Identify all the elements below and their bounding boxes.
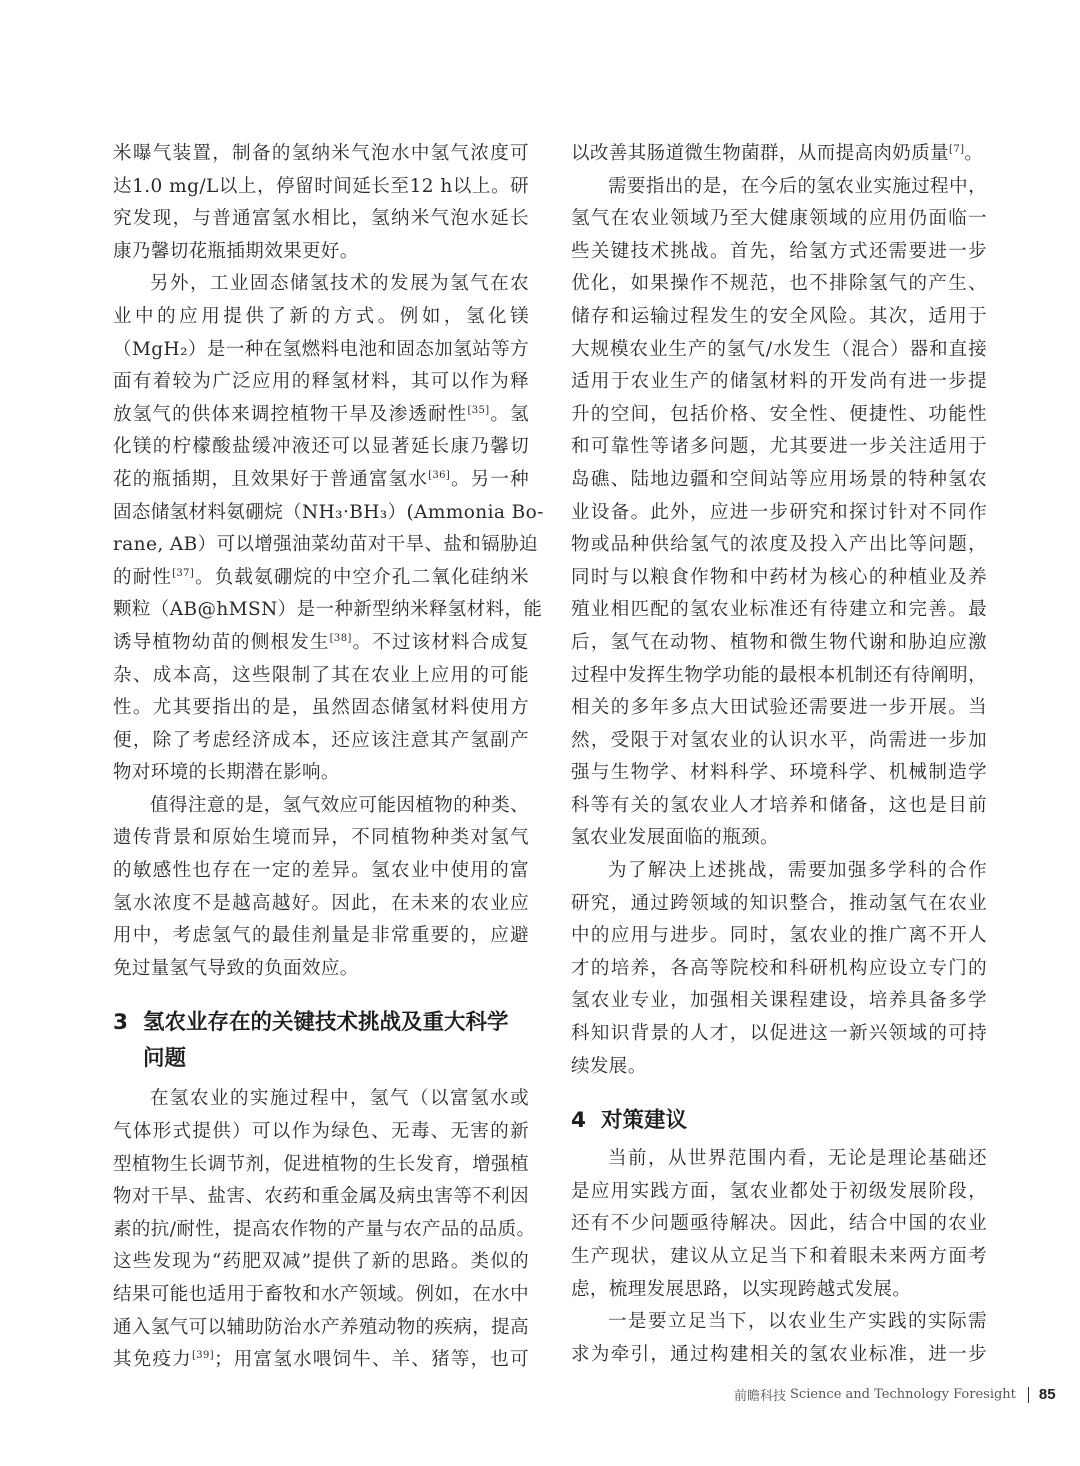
text-line: 后，氢气在动物、植物和微生物代谢和胁迫应激 (571, 627, 987, 660)
text-line: 物对干旱、盐害、农药和重金属及病虫害等不利因 (113, 1181, 529, 1214)
right-column: 以改善其肠道微生物菌群，从而提高肉奶质量[7]。 需要指出的是，在今后的氢农业实… (571, 138, 987, 1371)
text-line: 相关的多年多点大田试验还需要进一步开展。当 (571, 692, 987, 725)
text-line: 素的抗/耐性，提高农作物的产量与农产品的品质。 (113, 1214, 529, 1247)
text-line: 免过量氢气导致的负面效应。 (113, 953, 529, 986)
paragraph: 一是要立足当下，以农业生产实践的实际需求为牵引，通过构建相关的氢农业标准，进一步 (571, 1306, 987, 1371)
text-line: 同时与以粮食作物和中药材为核心的种植业及养 (571, 562, 987, 595)
text-line: 氢水浓度不是越高越好。因此，在未来的农业应 (113, 888, 529, 921)
text-line: 在氢农业的实施过程中，氢气（以富氢水或 (113, 1083, 529, 1116)
text-line: 型植物生长调节剂，促进植物的生长发育，增强植 (113, 1149, 529, 1182)
journal-name-en: Science and Technology Foresight (790, 1387, 1016, 1402)
text-line: 续发展。 (571, 1051, 987, 1084)
text-line: 研究，通过跨领域的知识整合，推动氢气在农业 (571, 888, 987, 921)
paragraph: 另外，工业固态储氢技术的发展为氢气在农业中的应用提供了新的方式。例如，氢化镁（M… (113, 268, 529, 790)
section-title: 对策建议 (601, 1108, 687, 1133)
citation: [35] (467, 405, 489, 416)
text-line: 诱导植物幼苗的侧根发生[38]。不过该材料合成复 (113, 627, 529, 660)
text-line: 氢农业发展面临的瓶颈。 (571, 822, 987, 855)
text-line: 然，受限于对氢农业的认识水平，尚需进一步加 (571, 725, 987, 758)
text-line: 性。尤其要指出的是，虽然固态储氢材料使用方 (113, 692, 529, 725)
section-3-heading: 3氢农业存在的关键技术挑战及重大科学 问题 (113, 1005, 529, 1077)
paragraph: 当前，从世界范围内看，无论是理论基础还是应用实践方面，氢农业都处于初级发展阶段，… (571, 1143, 987, 1306)
section-number: 3 (113, 1005, 143, 1041)
citation: [39] (192, 1350, 214, 1361)
text-line: 氢气在农业领域乃至大健康领域的应用仍面临一 (571, 203, 987, 236)
text-line: 储存和运输过程发生的安全风险。其次，适用于 (571, 301, 987, 334)
text-line: 生产现状，建议从立足当下和着眼未来两方面考 (571, 1241, 987, 1274)
text-line: 值得注意的是，氢气效应可能因植物的种类、 (113, 790, 529, 823)
paragraph: 米曝气装置，制备的氢纳米气泡水中氢气浓度可达1.0 mg/L以上，停留时间延长至… (113, 138, 529, 268)
text-line: 遗传背景和原始生境而异，不同植物种类对氢气 (113, 822, 529, 855)
footer-divider (1028, 1387, 1029, 1403)
text-line: 需要指出的是，在今后的氢农业实施过程中， (571, 171, 987, 204)
text-line: 业设备。此外，应进一步研究和探讨针对不同作 (571, 497, 987, 530)
section-number: 4 (571, 1103, 601, 1139)
text-line: 通入氢气可以辅助防治水产养殖动物的疾病，提高 (113, 1312, 529, 1345)
text-line: 气体形式提供）可以作为绿色、无毒、无害的新 (113, 1116, 529, 1149)
citation: [7] (949, 144, 964, 155)
text-line: 氢农业专业，加强相关课程建设，培养具备多学 (571, 985, 987, 1018)
paragraph: 需要指出的是，在今后的氢农业实施过程中，氢气在农业领域乃至大健康领域的应用仍面临… (571, 171, 987, 855)
text-line: 是应用实践方面，氢农业都处于初级发展阶段， (571, 1176, 987, 1209)
text-line: rane, AB）可以增强油菜幼苗对干旱、盐和镉胁迫 (113, 529, 529, 562)
text-line: 求为牵引，通过构建相关的氢农业标准，进一步 (571, 1339, 987, 1372)
text-line: 大规模农业生产的氢气/水发生（混合）器和直接 (571, 334, 987, 367)
paragraph: 以改善其肠道微生物菌群，从而提高肉奶质量[7]。 (571, 138, 987, 171)
citation: [37] (172, 568, 194, 579)
text-line: 还有不少问题亟待解决。因此，结合中国的农业 (571, 1208, 987, 1241)
text-line: 的敏感性也存在一定的差异。氢农业中使用的富 (113, 855, 529, 888)
citation: [38] (330, 633, 352, 644)
text-line: 业中的应用提供了新的方式。例如，氢化镁 (113, 301, 529, 334)
text-line: 放氢气的供体来调控植物干旱及渗透耐性[35]。氢 (113, 399, 529, 432)
text-line: 颗粒（AB@hMSN）是一种新型纳米释氢材料，能 (113, 594, 529, 627)
text-line: 其免疫力[39]；用富氢水喂饲牛、羊、猪等，也可 (113, 1344, 529, 1377)
text-line: 中的应用与进步。同时，氢农业的推广离不开人 (571, 920, 987, 953)
text-line: 和可靠性等诸多问题，尤其要进一步关注适用于 (571, 431, 987, 464)
text-line: 适用于农业生产的储氢材料的开发尚有进一步提 (571, 366, 987, 399)
text-line: 当前，从世界范围内看，无论是理论基础还 (571, 1143, 987, 1176)
text-line: 些关键技术挑战。首先，给氢方式还需要进一步 (571, 236, 987, 269)
citation: [36] (428, 470, 450, 481)
text-line: （MgH₂）是一种在氢燃料电池和固态加氢站等方 (113, 334, 529, 367)
text-line: 以改善其肠道微生物菌群，从而提高肉奶质量[7]。 (571, 138, 987, 171)
text-line: 固态储氢材料氨硼烷（NH₃·BH₃）(Ammonia Bo- (113, 497, 529, 530)
text-line: 殖业相匹配的氢农业标准还有待建立和完善。最 (571, 594, 987, 627)
section-title: 氢农业存在的关键技术挑战及重大科学 (143, 1010, 509, 1035)
text-line: 升的空间，包括价格、安全性、便捷性、功能性 (571, 399, 987, 432)
text-line: 这些发现为“药肥双减”提供了新的思路。类似的 (113, 1246, 529, 1279)
text-line: 一是要立足当下，以农业生产实践的实际需 (571, 1306, 987, 1339)
text-line: 过程中发挥生物学功能的最根本机制还有待阐明， (571, 660, 987, 693)
text-line: 科等有关的氢农业人才培养和储备，这也是目前 (571, 790, 987, 823)
text-line: 康乃馨切花瓶插期效果更好。 (113, 236, 529, 269)
text-line: 岛礁、陆地边疆和空间站等应用场景的特种氢农 (571, 464, 987, 497)
section-4-heading: 4对策建议 (571, 1103, 987, 1139)
paragraph: 值得注意的是，氢气效应可能因植物的种类、遗传背景和原始生境而异，不同植物种类对氢… (113, 790, 529, 986)
paragraph: 为了解决上述挑战，需要加强多学科的合作研究，通过跨领域的知识整合，推动氢气在农业… (571, 855, 987, 1083)
text-line: 的耐性[37]。负载氨硼烷的中空介孔二氧化硅纳米 (113, 562, 529, 595)
text-line: 面有着较为广泛应用的释氢材料，其可以作为释 (113, 366, 529, 399)
text-line: 才的培养，各高等院校和科研机构应设立专门的 (571, 953, 987, 986)
text-line: 结果可能也适用于畜牧和水产领域。例如，在水中 (113, 1279, 529, 1312)
text-line: 科知识背景的人才，以促进这一新兴领域的可持 (571, 1018, 987, 1051)
text-line: 用中，考虑氢气的最佳剂量是非常重要的，应避 (113, 920, 529, 953)
page-number: 85 (1039, 1386, 1056, 1403)
text-line: 达1.0 mg/L以上，停留时间延长至12 h以上。研 (113, 171, 529, 204)
left-column: 米曝气装置，制备的氢纳米气泡水中氢气浓度可达1.0 mg/L以上，停留时间延长至… (113, 138, 529, 1377)
section-title-continued: 问题 (113, 1041, 529, 1077)
text-line: 米曝气装置，制备的氢纳米气泡水中氢气浓度可 (113, 138, 529, 171)
text-line: 杂、成本高，这些限制了其在农业上应用的可能 (113, 660, 529, 693)
text-line: 为了解决上述挑战，需要加强多学科的合作 (571, 855, 987, 888)
page-footer: 前瞻科技 Science and Technology Foresight 85 (734, 1385, 1056, 1404)
paragraph: 在氢农业的实施过程中，氢气（以富氢水或气体形式提供）可以作为绿色、无毒、无害的新… (113, 1083, 529, 1376)
text-line: 究发现，与普通富氢水相比，氢纳米气泡水延长 (113, 203, 529, 236)
text-line: 物或品种供给氢气的浓度及投入产出比等问题， (571, 529, 987, 562)
text-line: 优化，如果操作不规范，也不排除氢气的产生、 (571, 268, 987, 301)
text-line: 便，除了考虑经济成本，还应该注意其产氢副产 (113, 725, 529, 758)
text-line: 虑，梳理发展思路，以实现跨越式发展。 (571, 1274, 987, 1307)
text-line: 另外，工业固态储氢技术的发展为氢气在农 (113, 268, 529, 301)
text-line: 化镁的柠檬酸盐缓冲液还可以显著延长康乃馨切 (113, 431, 529, 464)
journal-name-cn: 前瞻科技 (734, 1385, 786, 1404)
text-line: 强与生物学、材料科学、环境科学、机械制造学 (571, 757, 987, 790)
text-line: 物对环境的长期潜在影响。 (113, 757, 529, 790)
text-line: 花的瓶插期，且效果好于普通富氢水[36]。另一种 (113, 464, 529, 497)
